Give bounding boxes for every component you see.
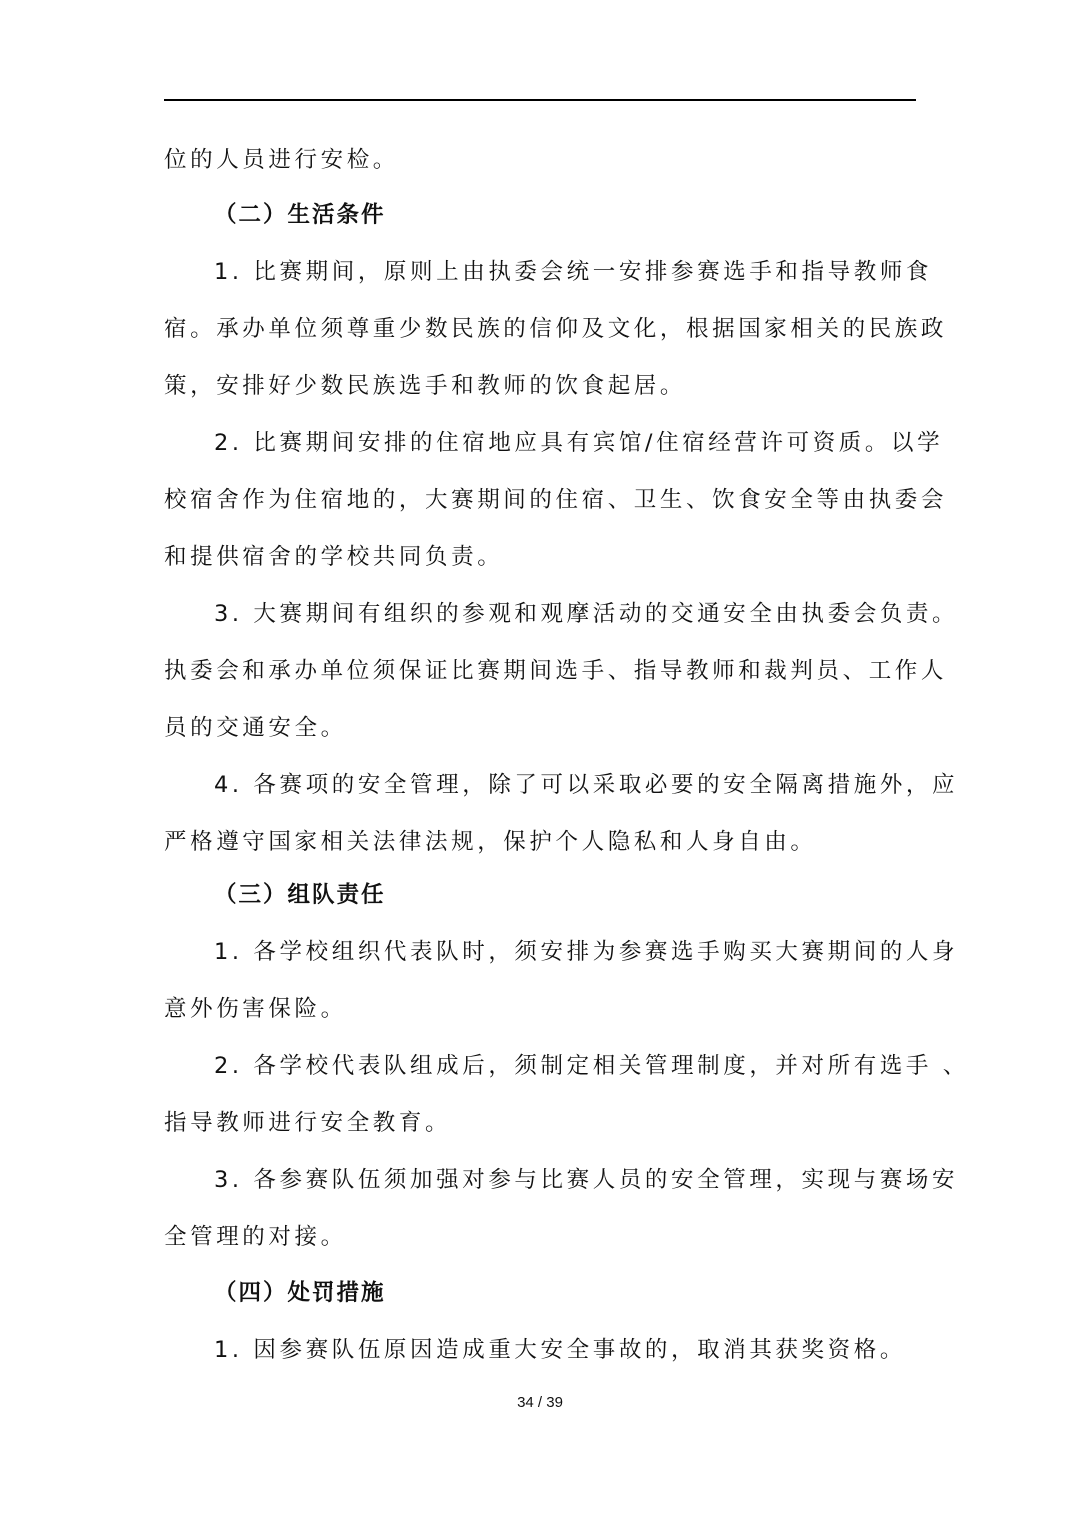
text-line: 1. 比赛期间，原则上由执委会统一安排参赛选手和指导教师食 [214,257,932,287]
text-line: 执委会和承办单位须保证比赛期间选手、指导教师和裁判员、工作人 [164,656,947,686]
text-line: 和提供宿舍的学校共同负责。 [164,542,503,572]
text-line: 意外伤害保险。 [164,994,347,1024]
text-line: 4. 各赛项的安全管理，除了可以采取必要的安全隔离措施外，应 [214,770,958,800]
text-line: 宿。承办单位须尊重少数民族的信仰及文化，根据国家相关的民族政 [164,314,947,344]
text-line: 1. 因参赛队伍原因造成重大安全事故的，取消其获奖资格。 [214,1335,906,1365]
text-line: 2. 比赛期间安排的住宿地应具有宾馆/住宿经营许可资质。以学 [214,428,943,458]
text-line: 位的人员进行安检。 [164,145,399,175]
text-line: 3. 各参赛队伍须加强对参与比赛人员的安全管理，实现与赛场安 [214,1165,958,1195]
section-heading: （四）处罚措施 [214,1278,386,1308]
text-line: 全管理的对接。 [164,1222,347,1252]
section-heading: （三）组队责任 [214,880,386,910]
text-line: 3. 大赛期间有组织的参观和观摩活动的交通安全由执委会负责。 [214,599,958,629]
text-line: 指导教师进行安全教育。 [164,1108,451,1138]
header-rule [164,99,916,101]
text-line: 1. 各学校组织代表队时，须安排为参赛选手购买大赛期间的人身 [214,937,958,967]
text-line: 员的交通安全。 [164,713,347,743]
text-line: 2. 各学校代表队组成后，须制定相关管理制度，并对所有选手 、 [214,1051,969,1081]
text-line: 策，安排好少数民族选手和教师的饮食起居。 [164,371,686,401]
text-line: 校宿舍作为住宿地的，大赛期间的住宿、卫生、饮食安全等由执委会 [164,485,947,515]
text-line: 严格遵守国家相关法律法规，保护个人隐私和人身自由。 [164,827,817,857]
page-number: 34 / 39 [0,1394,1080,1411]
section-heading: （二）生活条件 [214,200,386,230]
